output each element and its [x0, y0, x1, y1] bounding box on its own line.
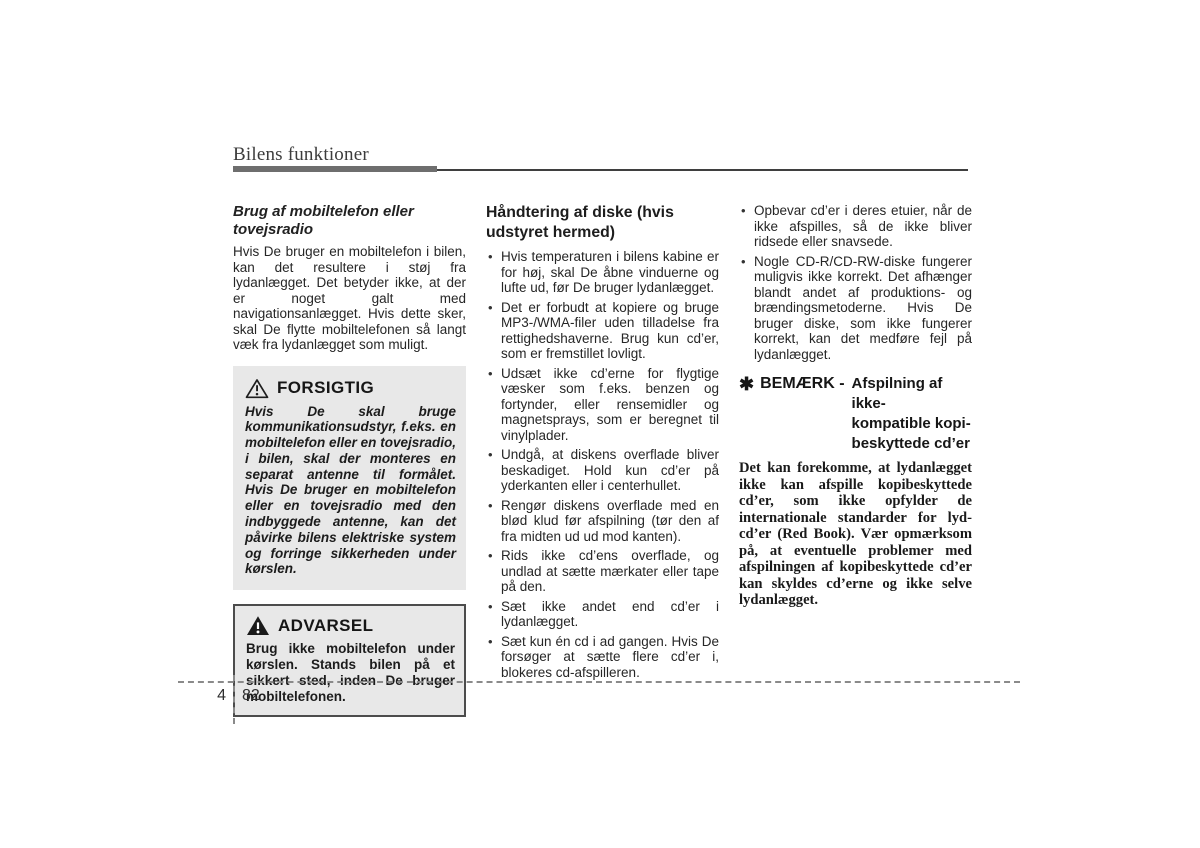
list-item: Rids ikke cd’ens overflade, og undlad at… — [486, 548, 719, 595]
list-item: Udsæt ikke cd’erne for flygtige væsker s… — [486, 366, 719, 444]
list-item: Sæt ikke andet end cd’er i lydanlægget. — [486, 599, 719, 630]
list-item: Undgå, at diskens overflade bliver beska… — [486, 447, 719, 494]
disc-handling-list-continued: Opbevar cd’er i deres etuier, når de ikk… — [739, 203, 972, 362]
note-label: BEMÆRK - — [760, 374, 844, 394]
caution-box-title-row: FORSIGTIG — [245, 378, 456, 399]
column-2: Håndtering af diske (hvis udstyret herme… — [486, 203, 719, 717]
content-columns: Brug af mobiltelefon eller tovejsradio H… — [233, 203, 972, 717]
asterisk-icon: ✱ — [739, 374, 754, 394]
header-rule-thick — [233, 166, 437, 172]
column-1: Brug af mobiltelefon eller tovejsradio H… — [233, 203, 466, 717]
footer-page-number: 82 — [242, 687, 260, 705]
manual-page: { "header": { "title": "Bilens funktione… — [0, 0, 1200, 848]
caution-box-title: FORSIGTIG — [277, 380, 374, 396]
list-item: Nogle CD-R/CD-RW-diske fungerer muligvis… — [739, 254, 972, 363]
caution-box-body: Hvis De skal bruge kommunikationsudstyr,… — [245, 404, 456, 578]
list-item: Det er forbudt at kopiere og bruge MP3-/… — [486, 300, 719, 362]
warning-box-title: ADVARSEL — [278, 618, 373, 634]
list-item: Sæt kun én cd i ad gangen. Hvis De forsø… — [486, 634, 719, 681]
warning-box-title-row: ADVARSEL — [246, 615, 455, 636]
chapter-title: Bilens funktioner — [233, 144, 369, 166]
caution-box: FORSIGTIG Hvis De skal bruge kommunikati… — [233, 366, 466, 591]
note-heading-row: ✱ BEMÆRK - Afspilning af ikke- kompatibl… — [739, 374, 972, 454]
note-body: Det kan forekomme, at lydanlægget ikke k… — [739, 460, 972, 609]
disc-handling-list: Hvis temperaturen i bilens kabine er for… — [486, 249, 719, 680]
mobile-phone-paragraph: Hvis De bruger en mobiltelefon i bilen, … — [233, 244, 466, 353]
list-item: Hvis temperaturen i bilens kabine er for… — [486, 249, 719, 296]
column-3: Opbevar cd’er i deres etuier, når de ikk… — [739, 203, 972, 717]
warning-triangle-filled-icon — [246, 615, 270, 636]
note-block: ✱ BEMÆRK - Afspilning af ikke- kompatibl… — [739, 374, 972, 609]
section-heading-mobile-phone: Brug af mobiltelefon eller tovejsradio — [233, 203, 466, 239]
warning-box-body: Brug ikke mobiltelefon under kørslen. St… — [246, 641, 455, 704]
header-rule-thin — [437, 169, 968, 171]
note-title: Afspilning af ikke- kompatible kopi- bes… — [852, 374, 972, 454]
list-item: Rengør diskens overflade med en blød klu… — [486, 498, 719, 545]
section-heading-disc-handling: Håndtering af diske (hvis udstyret herme… — [486, 203, 719, 242]
warning-triangle-outline-icon — [245, 378, 269, 399]
footer-dashed-divider — [233, 675, 235, 724]
footer-dashed-rule — [178, 681, 1020, 683]
list-item: Opbevar cd’er i deres etuier, når de ikk… — [739, 203, 972, 250]
footer-chapter-number: 4 — [196, 687, 226, 705]
warning-box: ADVARSEL Brug ikke mobiltelefon under kø… — [233, 604, 466, 717]
